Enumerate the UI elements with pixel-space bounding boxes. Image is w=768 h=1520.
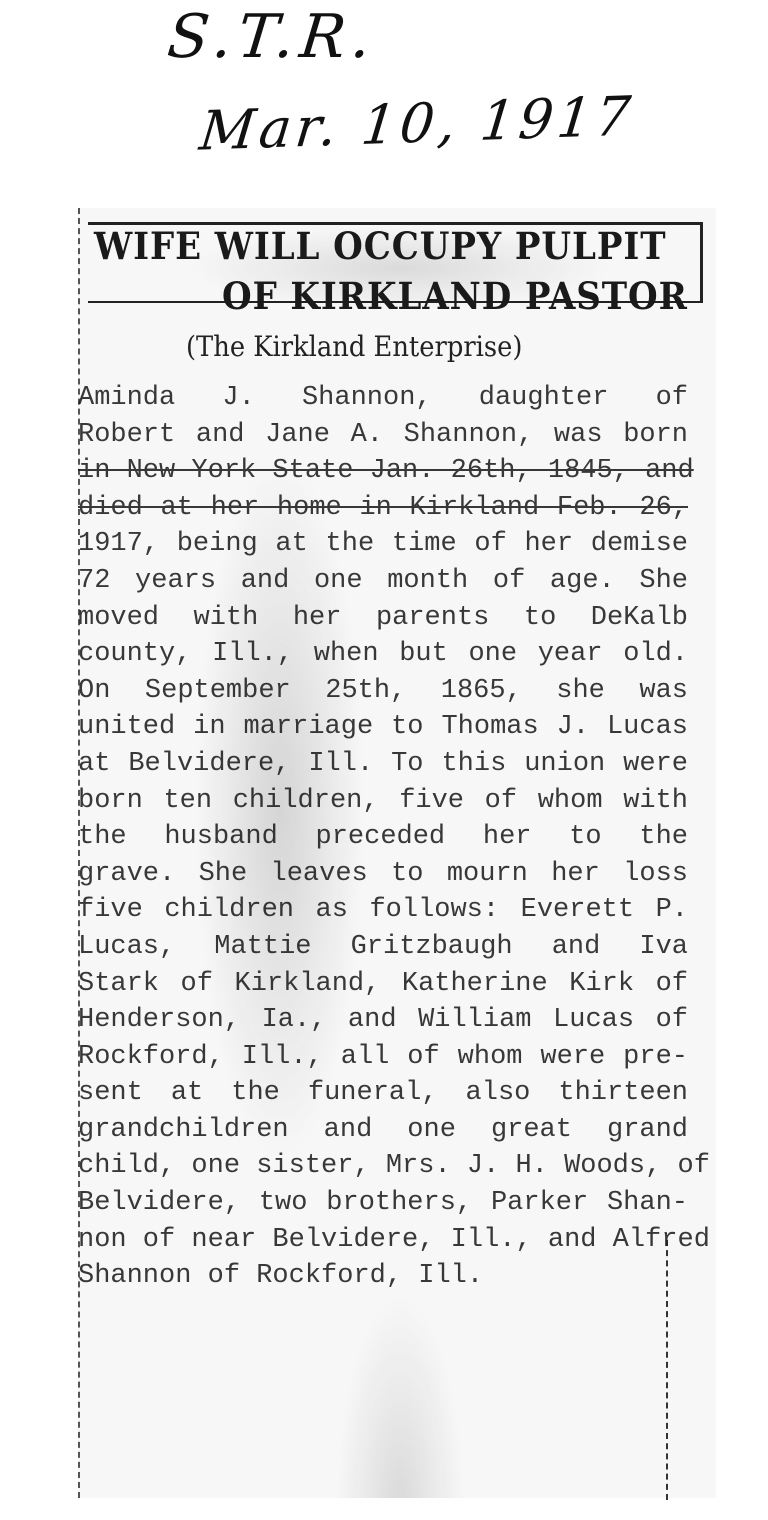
body-line: Aminda J. Shannon, daughter of [78,380,688,417]
body-line: Belvidere, two brothers, Parker Shan- [78,1185,688,1222]
body-line: sent at the funeral, also thirteen [78,1075,688,1112]
body-line: 1917, being at the time of her demise [78,526,688,563]
body-line: 72 years and one month of age. She [78,563,688,600]
body-line: Stark of Kirkland, Katherine Kirk of [78,966,688,1003]
article-body: Aminda J. Shannon, daughter ofRobert and… [78,380,688,1295]
body-line: at Belvidere, Ill. To this union were [78,746,688,783]
body-line: born ten children, five of whom with [78,783,688,820]
body-line: grave. She leaves to mourn her loss [78,856,688,893]
body-line: died at her home in Kirkland Feb. 26, [78,490,688,527]
body-line: non of near Belvidere, Ill., and Alfred [78,1222,688,1259]
source-credit: (The Kirkland Enterprise) [186,330,522,363]
body-line: On September 25th, 1865, she was [78,673,688,710]
body-line: county, Ill., when but one year old. [78,636,688,673]
body-line: Rockford, Ill., all of whom were pre- [78,1039,688,1076]
body-line: the husband preceded her to the [78,819,688,856]
handwritten-initials: S.T.R. [164,2,380,72]
body-line: grandchildren and one great grand [78,1112,688,1149]
handwritten-date: Mar. 10, 1917 [197,84,638,162]
body-line: united in marriage to Thomas J. Lucas [78,709,688,746]
body-line: Henderson, Ia., and William Lucas of [78,1002,688,1039]
body-line: moved with her parents to DeKalb [78,600,688,637]
body-line: five children as follows: Everett P. [78,892,688,929]
headline-line-2: OF KIRKLAND PASTOR [222,274,688,318]
body-line: in New York State Jan. 26th, 1845, and [78,453,688,490]
body-line: Shannon of Rockford, Ill. [78,1258,688,1295]
body-line: Lucas, Mattie Gritzbaugh and Iva [78,929,688,966]
body-line: child, one sister, Mrs. J. H. Woods, of [78,1148,688,1185]
headline-line-1: WIFE WILL OCCUPY PULPIT [94,224,666,268]
body-line: Robert and Jane A. Shannon, was born [78,417,688,454]
